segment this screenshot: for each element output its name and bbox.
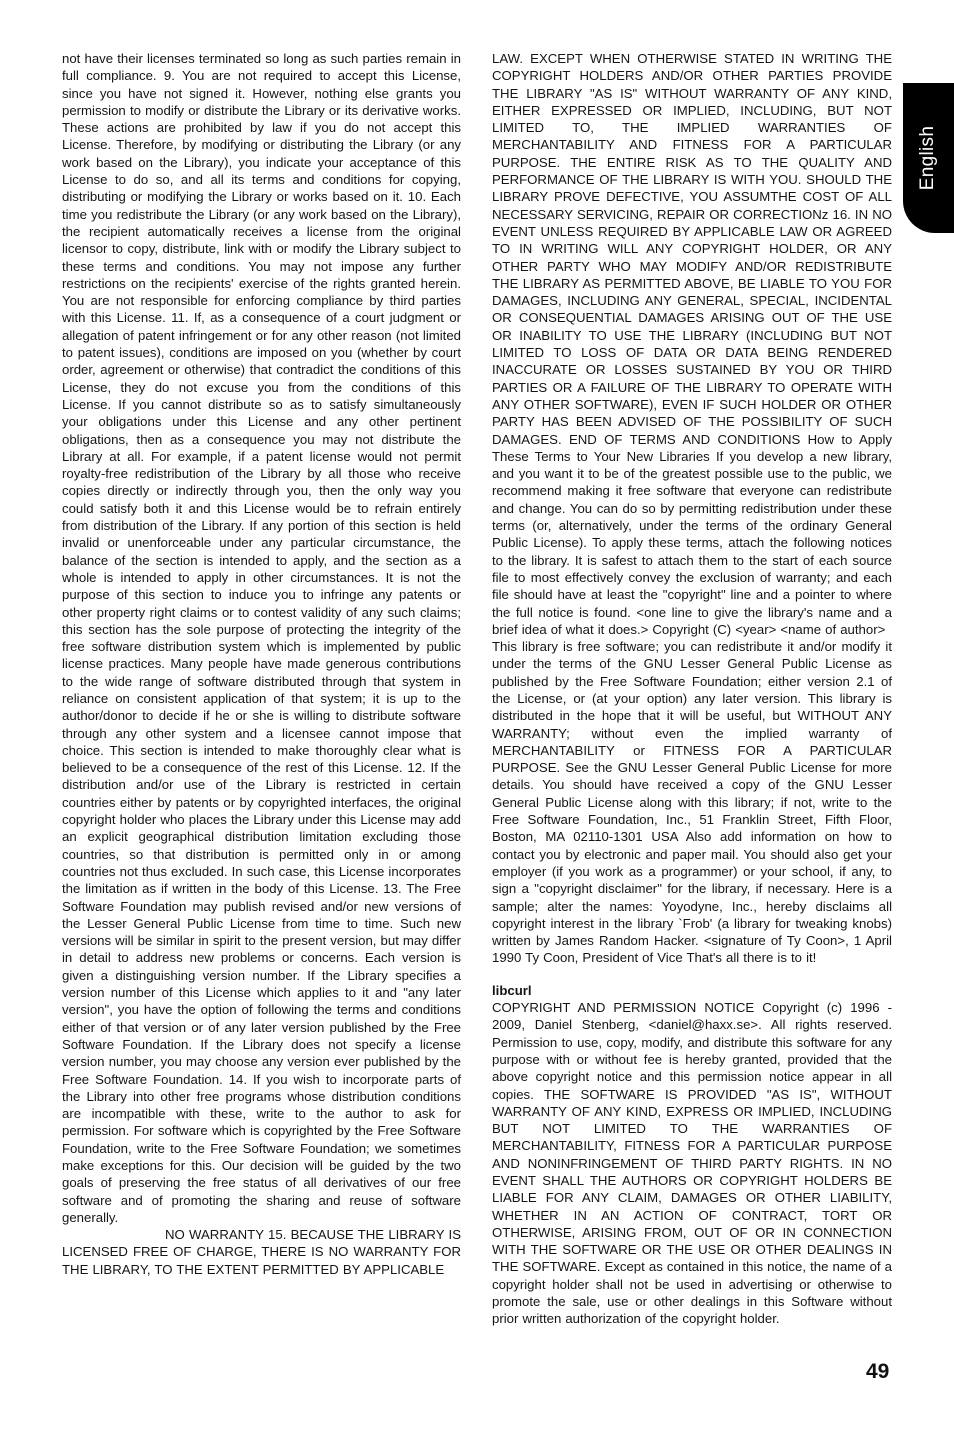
language-tab-english: English (903, 83, 954, 233)
warranty-disclaimer-paragraph: LAW. EXCEPT WHEN OTHERWISE STATED IN WRI… (492, 50, 892, 638)
no-warranty-paragraph: NO WARRANTY 15. BECAUSE THE LIBRARY IS L… (62, 1226, 461, 1278)
license-text-columns: not have their licenses terminated so lo… (62, 50, 892, 1328)
manual-license-page: not have their licenses terminated so lo… (0, 0, 954, 1432)
language-tab-label: English (918, 126, 940, 190)
libcurl-notice-paragraph: COPYRIGHT AND PERMISSION NOTICE Copyrigh… (492, 999, 892, 1328)
left-column: not have their licenses terminated so lo… (62, 50, 461, 1328)
lgpl-terms-paragraph: not have their licenses terminated so lo… (62, 50, 461, 1226)
right-column: LAW. EXCEPT WHEN OTHERWISE STATED IN WRI… (492, 50, 892, 1328)
library-notice-paragraph: This library is free software; you can r… (492, 638, 892, 967)
page-number: 49 (866, 1360, 889, 1384)
libcurl-heading: libcurl (492, 982, 892, 999)
